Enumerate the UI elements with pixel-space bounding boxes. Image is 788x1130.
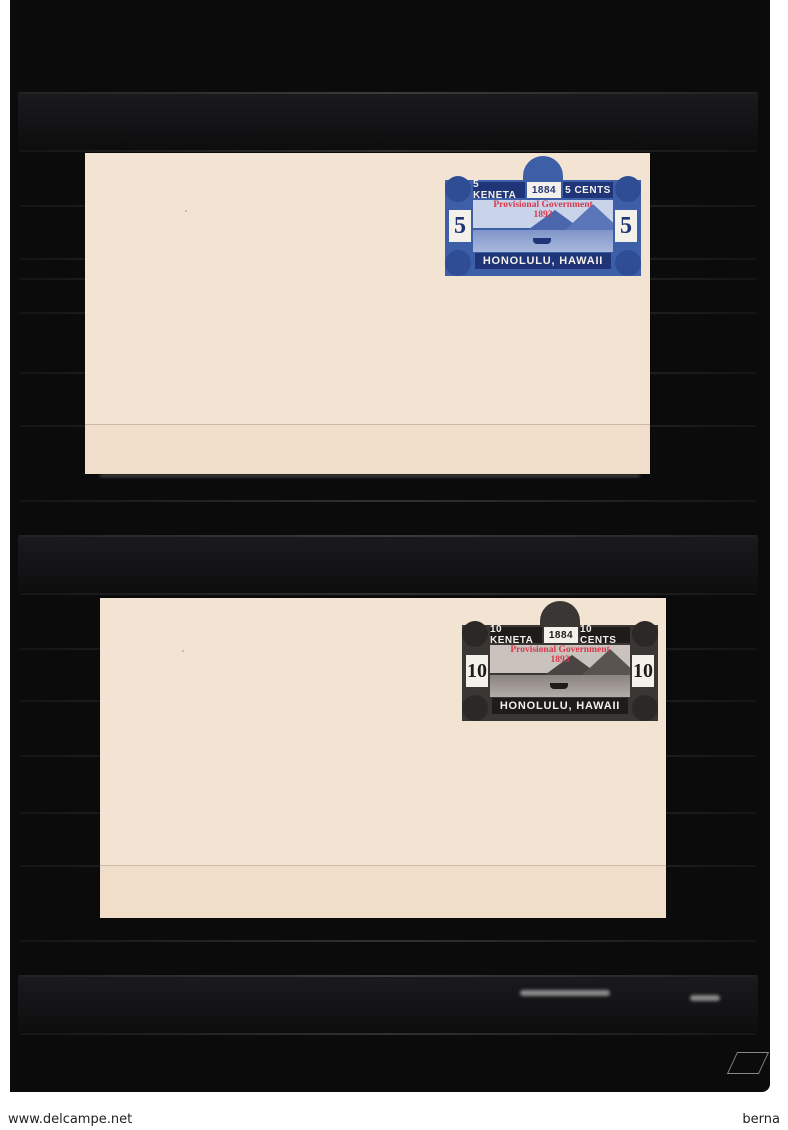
stamp-year: 1884 [544,627,578,643]
strip-edge [20,92,756,94]
stamp-year: 1884 [527,182,561,198]
plastic-glare [520,990,610,996]
stamp-value-left: 10 [466,655,488,687]
stamp-5-cents: 5 KENETA 1884 5 CENTS 5 5 Provisional Go… [445,156,641,276]
stamp-right-label: 5 CENTS [563,182,613,198]
ship-icon [550,683,568,689]
plastic-glare [690,995,720,1001]
corner-ornament-icon [462,695,488,721]
corner-mount [727,1052,769,1074]
corner-ornament-icon [445,176,471,202]
stamp-10-cents: 10 KENETA 1884 10 CENTS 10 10 Provisiona… [462,601,658,721]
strip-edge [20,1033,756,1035]
stamp-right-label: 10 CENTS [580,627,630,643]
stock-strip [18,92,758,150]
paper-speck [185,210,187,212]
plastic-glare [100,474,640,477]
strip-edge [20,535,756,537]
envelope-fold-line [85,424,650,425]
website-watermark: www.delcampe.net [8,1112,132,1127]
strip-edge [20,975,756,977]
stamp-value-right: 10 [632,655,654,687]
overprint-line-1: Provisional Government [473,200,613,210]
ship-icon [533,238,551,244]
envelope-10-cents: 10 KENETA 1884 10 CENTS 10 10 Provisiona… [100,598,666,918]
paper-speck [182,650,184,652]
corner-ornament-icon [462,621,488,647]
overprint-line-2: 1893 [473,210,613,220]
strip-edge [20,940,756,942]
seller-name: berna [742,1112,780,1127]
envelope-fold-line [100,865,666,866]
corner-ornament-icon [632,621,658,647]
stamp-value-right: 5 [615,210,637,242]
stamp-value-left: 5 [449,210,471,242]
corner-ornament-icon [615,176,641,202]
stock-strip [18,535,758,593]
corner-ornament-icon [615,250,641,276]
overprint-line-2: 1893 [490,655,630,665]
overprint-line-1: Provisional Government [490,645,630,655]
corner-ornament-icon [632,695,658,721]
envelope-flap [100,865,666,918]
corner-ornament-icon [445,250,471,276]
stamp-bottom-label: HONOLULU, HAWAII [475,253,611,269]
envelope-flap [85,424,650,474]
stamp-bottom-label: HONOLULU, HAWAII [492,698,628,714]
strip-edge [20,593,756,595]
stamp-left-label: 10 KENETA [490,627,542,643]
envelope-5-cents: 5 KENETA 1884 5 CENTS 5 5 Provisional Go… [85,153,650,474]
strip-edge [20,150,756,152]
overprint: Provisional Government 1893 [490,645,630,665]
overprint: Provisional Government 1893 [473,200,613,220]
strip-edge [20,500,756,502]
stamp-left-label: 5 KENETA [473,182,525,198]
stock-strip [18,975,758,1033]
